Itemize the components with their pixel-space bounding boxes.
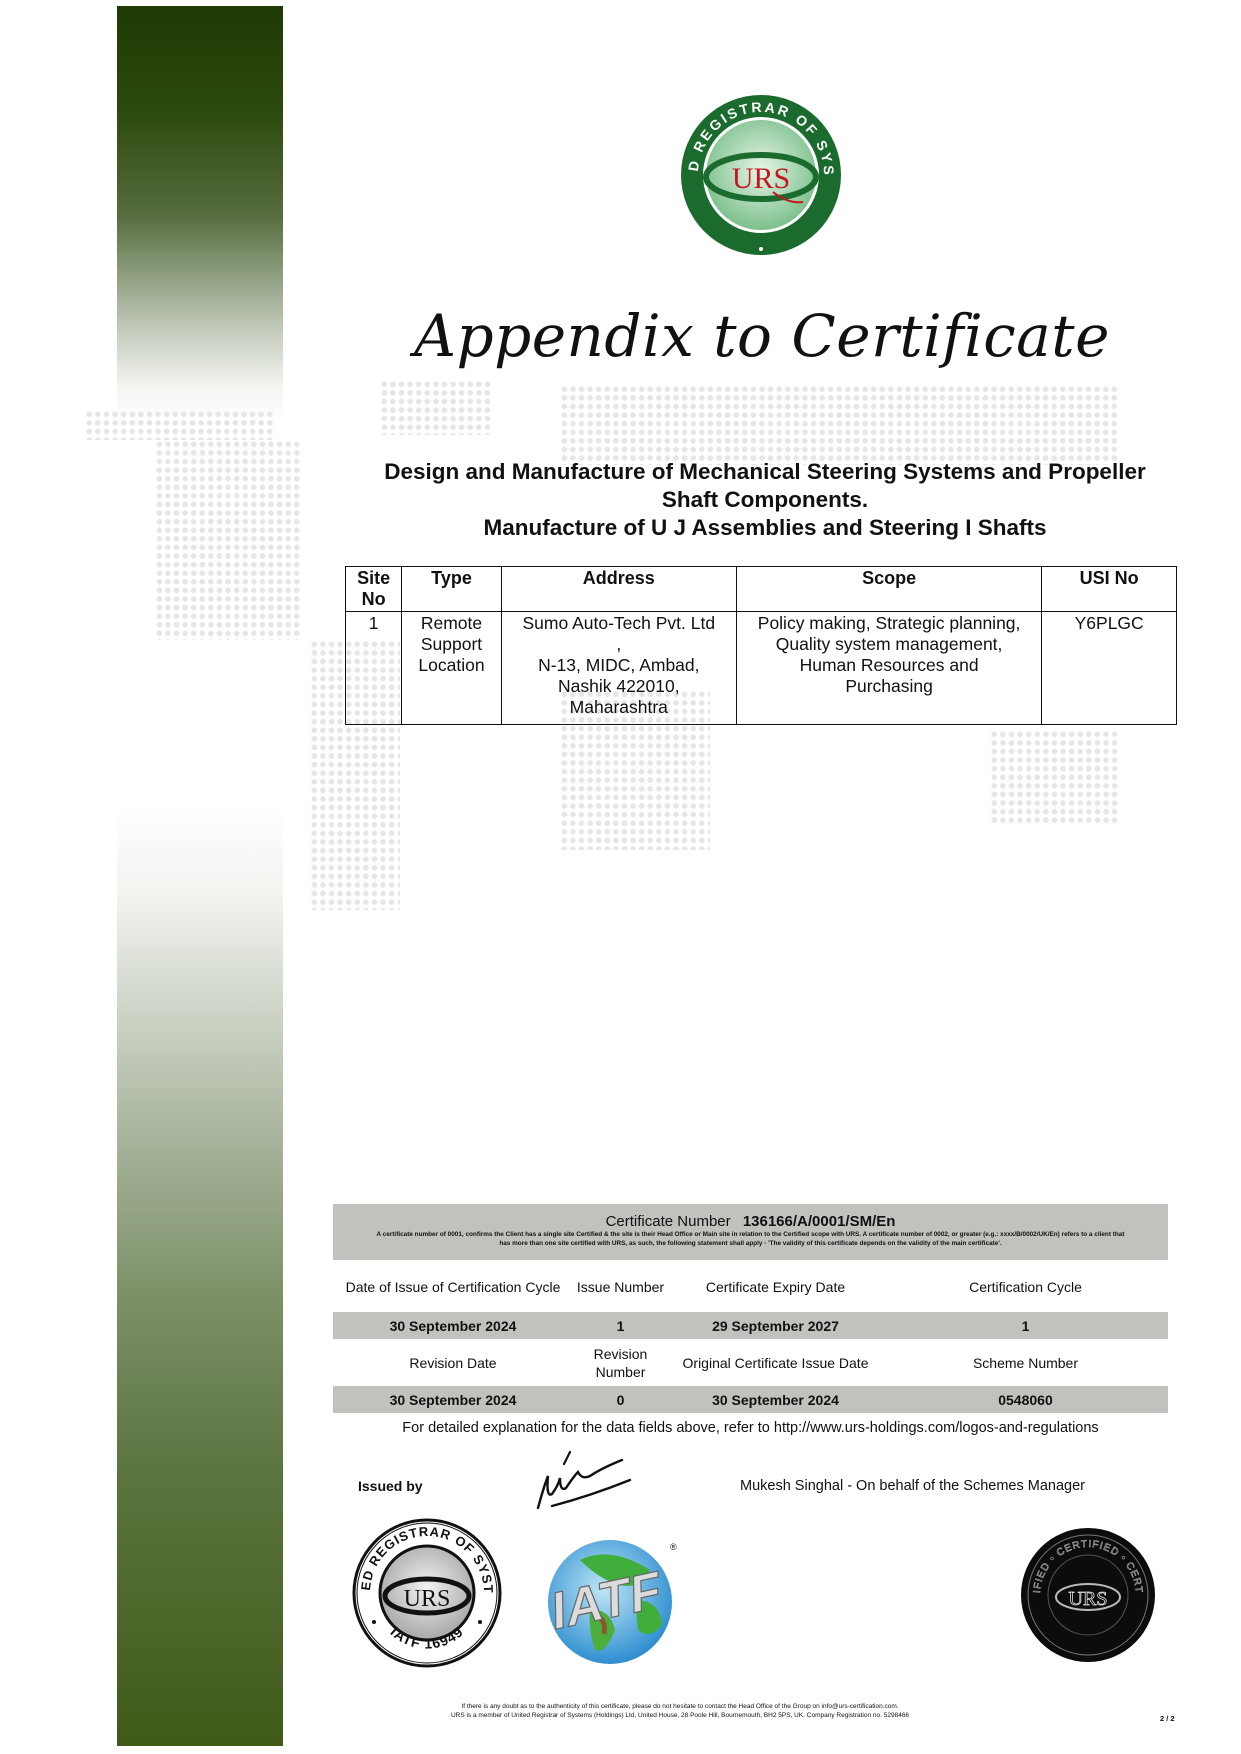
table-header-row: Site No Type Address Scope USI No: [346, 567, 1177, 612]
type-line: Support: [406, 634, 496, 655]
value-original-issue-date: 30 September 2024: [668, 1392, 883, 1408]
scope-line: Purchasing: [741, 676, 1037, 697]
certificate-number-band: Certificate Number 136166/A/0001/SM/En A…: [333, 1204, 1168, 1260]
label-date-of-issue: Date of Issue of Certification Cycle: [333, 1279, 573, 1295]
scope-line: Policy making, Strategic planning,: [741, 613, 1037, 634]
certificate-number-value: 136166/A/0001/SM/En: [743, 1213, 896, 1230]
urs-iatf-seal-icon: UNITED REGISTRAR OF SYSTEMS IATF 16949 U…: [352, 1518, 502, 1668]
cell-scope: Policy making, Strategic planning, Quali…: [736, 612, 1041, 725]
certificate-number: Certificate Number 136166/A/0001/SM/En: [333, 1204, 1168, 1230]
header-type: Type: [402, 567, 501, 612]
address-line: Sumo Auto-Tech Pvt. Ltd: [506, 613, 732, 634]
signer-name: Mukesh Singhal - On behalf of the Scheme…: [740, 1478, 1085, 1494]
certificate-labels-row-1: Date of Issue of Certification Cycle Iss…: [333, 1272, 1168, 1302]
certificate-labels-row-2: Revision Date Revision Number Original C…: [333, 1342, 1168, 1384]
certificate-note-line: A certificate number of 0001, confirms t…: [333, 1230, 1168, 1239]
svg-text:URS: URS: [732, 162, 790, 195]
value-date-of-issue: 30 September 2024: [333, 1318, 573, 1334]
world-map-dots-eurasia: [560, 385, 1120, 465]
certificate-note: A certificate number of 0001, confirms t…: [333, 1230, 1168, 1248]
address-line: N-13, MIDC, Ambad,: [506, 655, 732, 676]
address-line: Maharashtra: [506, 697, 732, 718]
svg-text:URS: URS: [404, 1586, 451, 1612]
scope-heading-line: Design and Manufacture of Mechanical Ste…: [330, 458, 1200, 486]
cell-usi-no: Y6PLGC: [1042, 612, 1177, 725]
issued-by-label: Issued by: [358, 1478, 423, 1494]
value-issue-number: 1: [573, 1318, 668, 1334]
label-expiry-date: Certificate Expiry Date: [668, 1279, 883, 1295]
sites-table: Site No Type Address Scope USI No 1 Remo…: [345, 566, 1177, 725]
header-address: Address: [501, 567, 736, 612]
address-line: Nashik 422010,: [506, 676, 732, 697]
explanation-text: For detailed explanation for the data fi…: [333, 1420, 1168, 1436]
iatf-logo-icon: IATF ®: [520, 1530, 680, 1670]
type-line: Remote: [406, 613, 496, 634]
table-row: 1 Remote Support Location Sumo Auto-Tech…: [346, 612, 1177, 725]
world-map-dots-greenland: [380, 380, 490, 435]
value-revision-number: 0: [573, 1392, 668, 1408]
scope-heading: Design and Manufacture of Mechanical Ste…: [330, 458, 1200, 542]
header-scope: Scope: [736, 567, 1041, 612]
signature-icon: [530, 1446, 640, 1516]
svg-text:®: ®: [670, 1542, 677, 1552]
certificate-number-label: Certificate Number: [606, 1213, 731, 1230]
header-usi-no: USI No: [1042, 567, 1177, 612]
page-title: Appendix to Certificate: [0, 302, 1241, 370]
scope-line: Quality system management,: [741, 634, 1037, 655]
header-label: Site No: [354, 568, 394, 610]
cell-type: Remote Support Location: [402, 612, 501, 725]
certificate-values-row-1: 30 September 2024 1 29 September 2027 1: [333, 1312, 1168, 1339]
footer-line: URS is a member of United Registrar of S…: [380, 1711, 980, 1720]
side-gradient-band: [117, 6, 283, 1746]
label-certification-cycle: Certification Cycle: [883, 1279, 1168, 1295]
certificate-values-row-2: 30 September 2024 0 30 September 2024 05…: [333, 1386, 1168, 1413]
label-revision-number: Revision Number: [573, 1345, 668, 1381]
svg-text:URS: URS: [1069, 1588, 1108, 1610]
value-expiry-date: 29 September 2027: [668, 1318, 883, 1334]
header-site-no: Site No: [346, 567, 402, 612]
label-scheme-number: Scheme Number: [883, 1354, 1168, 1372]
value-certification-cycle: 1: [883, 1318, 1168, 1334]
certified-seal-icon: CERTIFIED • CERTIFIED • CERTIFIED URS: [1018, 1525, 1158, 1665]
value-revision-date: 30 September 2024: [333, 1392, 573, 1408]
scope-line: Human Resources and: [741, 655, 1037, 676]
footer-line: If there is any doubt as to the authenti…: [380, 1702, 980, 1711]
cell-site-no: 1: [346, 612, 402, 725]
cell-address: Sumo Auto-Tech Pvt. Ltd , N-13, MIDC, Am…: [501, 612, 736, 725]
value-scheme-number: 0548060: [883, 1392, 1168, 1408]
address-line: ,: [506, 634, 732, 655]
world-map-dots-australia: [990, 730, 1120, 825]
urs-logo-icon: UNITED REGISTRAR OF SYSTEMS URS: [678, 92, 844, 258]
label-issue-number: Issue Number: [573, 1279, 668, 1295]
certificate-note-line: has more than one site certified with UR…: [333, 1239, 1168, 1248]
label-original-issue-date: Original Certificate Issue Date: [668, 1354, 883, 1372]
scope-heading-line: Shaft Components.: [330, 486, 1200, 514]
page-number: 2 / 2: [1160, 1714, 1175, 1723]
label-revision-date: Revision Date: [333, 1354, 573, 1372]
type-line: Location: [406, 655, 496, 676]
scope-heading-line: Manufacture of U J Assemblies and Steeri…: [330, 514, 1200, 542]
footer-text: If there is any doubt as to the authenti…: [380, 1702, 980, 1720]
